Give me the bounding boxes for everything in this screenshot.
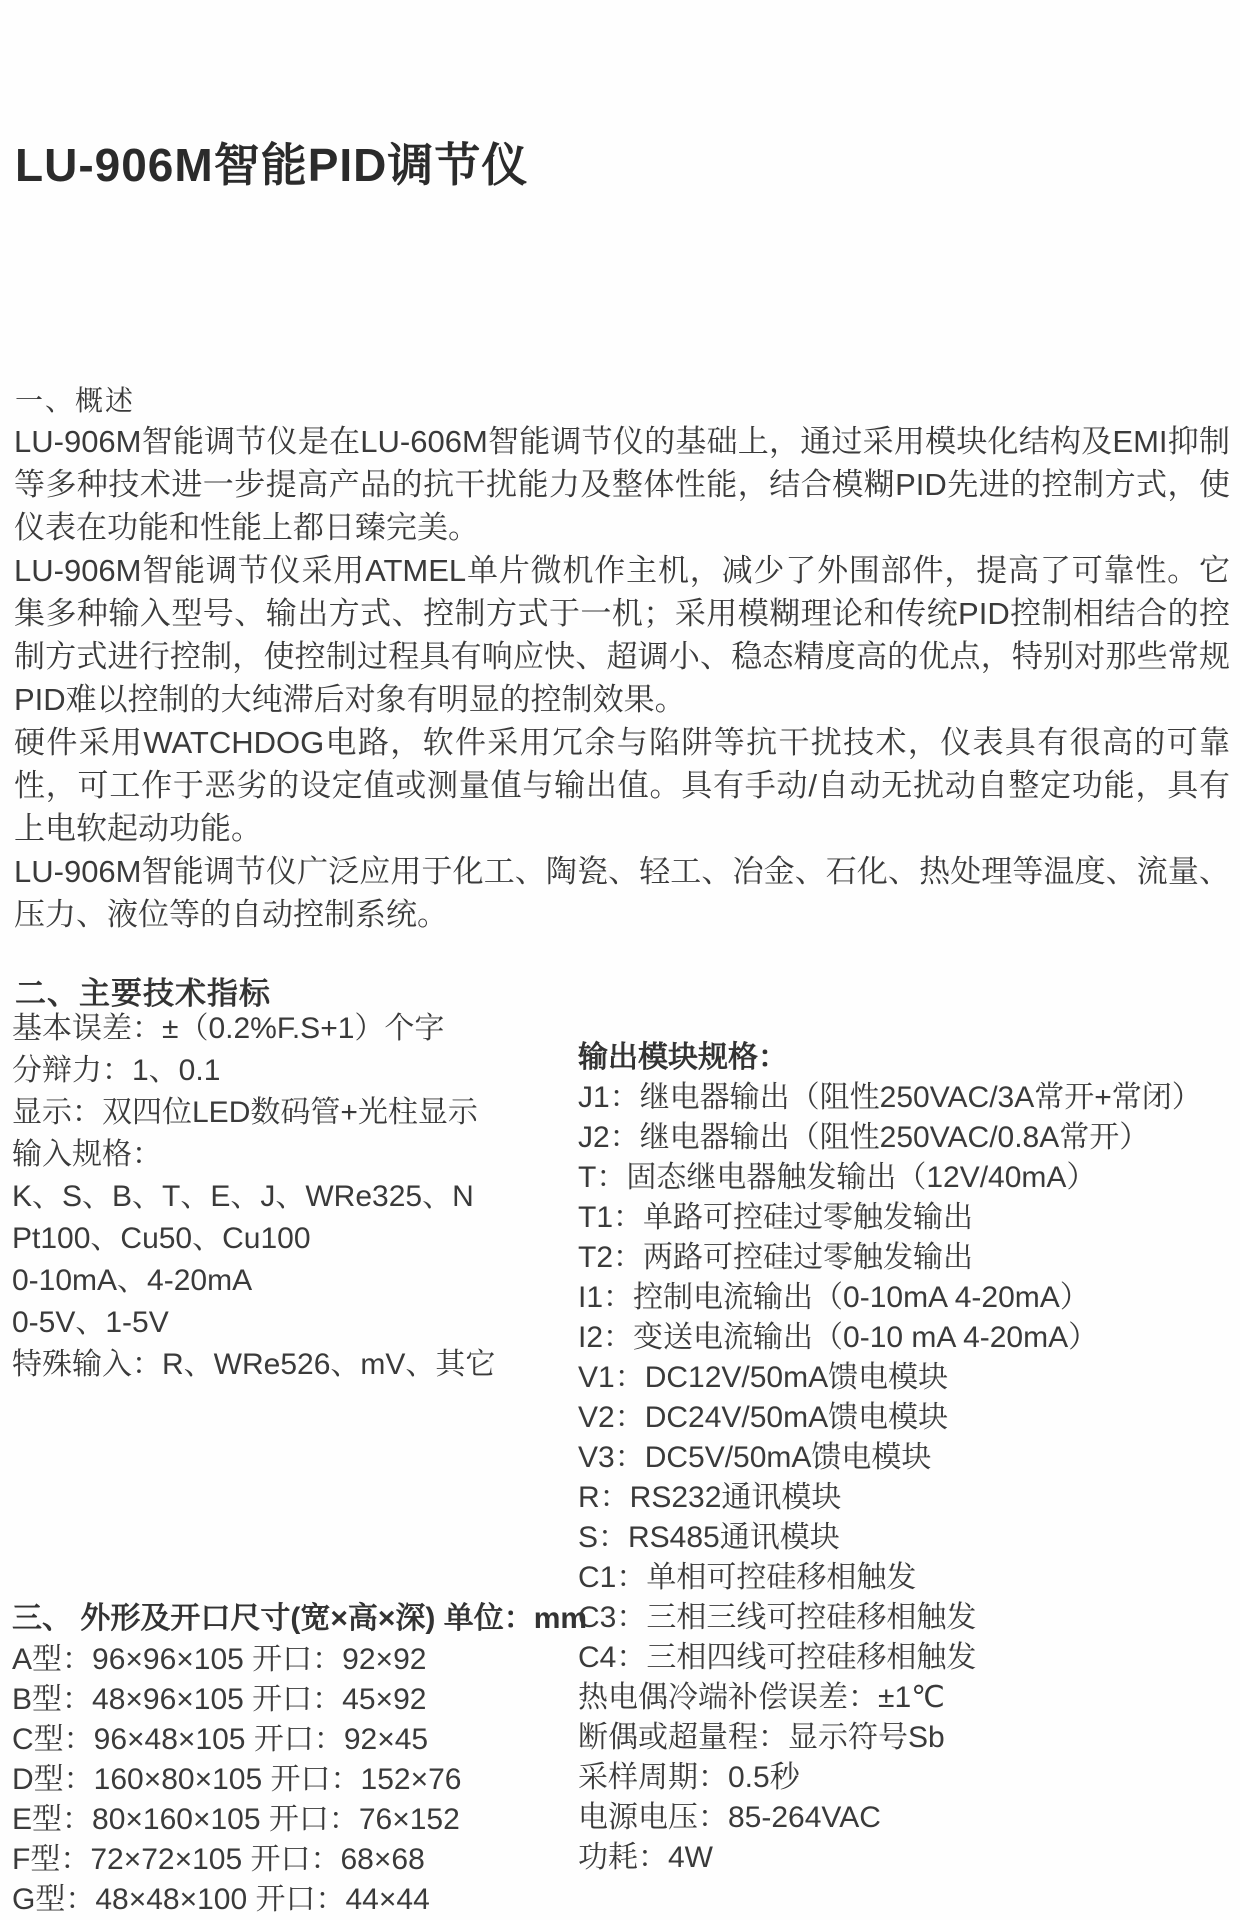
overview-paragraph: LU-906M智能调节仪是在LU-606M智能调节仪的基础上，通过采用模块化结构…: [14, 420, 1230, 549]
output-module-item: 断偶或超量程：显示符号Sb: [578, 1718, 1240, 1758]
dimension-item: F型：72×72×105 开口：68×68: [12, 1840, 572, 1880]
overview-section-heading: 一、概述: [15, 379, 135, 419]
output-module-item: T2：两路可控硅过零触发输出: [578, 1238, 1240, 1278]
dimensions-list: A型：96×96×105 开口：92×92B型：48×96×105 开口：45×…: [12, 1640, 572, 1920]
spec-item: Pt100、Cu50、Cu100: [12, 1218, 572, 1260]
output-module-item: V1：DC12V/50mA馈电模块: [578, 1358, 1240, 1398]
output-module-item: J1：继电器输出（阻性250VAC/3A常开+常闭）: [578, 1078, 1240, 1118]
dimension-item: E型：80×160×105 开口：76×152: [12, 1800, 572, 1840]
output-module-item: J2：继电器输出（阻性250VAC/0.8A常开）: [578, 1118, 1240, 1158]
spec-item: 分辩力：1、0.1: [12, 1050, 572, 1092]
output-module-list: J1：继电器输出（阻性250VAC/3A常开+常闭）J2：继电器输出（阻性250…: [578, 1078, 1240, 1878]
output-module-item: T：固态继电器触发输出（12V/40mA）: [578, 1158, 1240, 1198]
dimension-item: D型：160×80×105 开口：152×76: [12, 1760, 572, 1800]
output-module-item: V2：DC24V/50mA馈电模块: [578, 1398, 1240, 1438]
output-module-item: 功耗：4W: [578, 1838, 1240, 1878]
output-module-item: T1：单路可控硅过零触发输出: [578, 1198, 1240, 1238]
output-module-item: 电源电压：85-264VAC: [578, 1798, 1240, 1838]
specs-section-heading: 二、主要技术指标: [15, 968, 271, 1013]
dimension-item: G型：48×48×100 开口：44×44: [12, 1880, 572, 1920]
spec-item: 0-5V、1-5V: [12, 1302, 572, 1344]
output-module-item: I2：变送电流输出（0-10 mA 4-20mA）: [578, 1318, 1240, 1358]
output-module-item: S：RS485通讯模块: [578, 1518, 1240, 1558]
overview-paragraph: LU-906M智能调节仪广泛应用于化工、陶瓷、轻工、冶金、石化、热处理等温度、流…: [14, 850, 1230, 936]
output-module-item: 采样周期：0.5秒: [578, 1758, 1240, 1798]
overview-paragraph: 硬件采用WATCHDOG电路，软件采用冗余与陷阱等抗干扰技术，仪表具有很高的可靠…: [14, 721, 1230, 850]
spec-item: 基本误差：±（0.2%F.S+1）个字: [12, 1008, 572, 1050]
output-module-item: R：RS232通讯模块: [578, 1478, 1240, 1518]
overview-paragraph: LU-906M智能调节仪采用ATMEL单片微机作主机，减少了外围部件，提高了可靠…: [14, 549, 1230, 721]
dimensions-section-heading: 三、 外形及开口尺寸(宽×高×深) 单位：mm: [12, 1593, 587, 1637]
spec-item: K、S、B、T、E、J、WRe325、N: [12, 1176, 572, 1218]
dimension-item: B型：48×96×105 开口：45×92: [12, 1680, 572, 1720]
output-module-item: V3：DC5V/50mA馈电模块: [578, 1438, 1240, 1478]
dimension-item: C型：96×48×105 开口：92×45: [12, 1720, 572, 1760]
output-module-item: C3：三相三线可控硅移相触发: [578, 1598, 1240, 1638]
specs-right-column: 输出模块规格： J1：继电器输出（阻性250VAC/3A常开+常闭）J2：继电器…: [578, 1038, 1240, 1878]
document-page: LU-906M智能PID调节仪 一、概述 LU-906M智能调节仪是在LU-60…: [0, 0, 1240, 1920]
spec-item: 输入规格：: [12, 1134, 572, 1176]
dimension-item: A型：96×96×105 开口：92×92: [12, 1640, 572, 1680]
spec-item: 显示：双四位LED数码管+光柱显示: [12, 1092, 572, 1134]
output-module-item: C1：单相可控硅移相触发: [578, 1558, 1240, 1598]
output-module-item: C4：三相四线可控硅移相触发: [578, 1638, 1240, 1678]
output-module-item: I1：控制电流输出（0-10mA 4-20mA）: [578, 1278, 1240, 1318]
spec-item: 特殊输入：R、WRe526、mV、其它: [12, 1344, 572, 1386]
output-module-heading: 输出模块规格：: [578, 1038, 1240, 1078]
spec-item: 0-10mA、4-20mA: [12, 1260, 572, 1302]
page-title: LU-906M智能PID调节仪: [15, 129, 528, 195]
specs-left-column: 基本误差：±（0.2%F.S+1）个字分辩力：1、0.1显示：双四位LED数码管…: [12, 1008, 572, 1386]
overview-paragraphs: LU-906M智能调节仪是在LU-606M智能调节仪的基础上，通过采用模块化结构…: [14, 420, 1230, 936]
output-module-item: 热电偶冷端补偿误差：±1℃: [578, 1678, 1240, 1718]
